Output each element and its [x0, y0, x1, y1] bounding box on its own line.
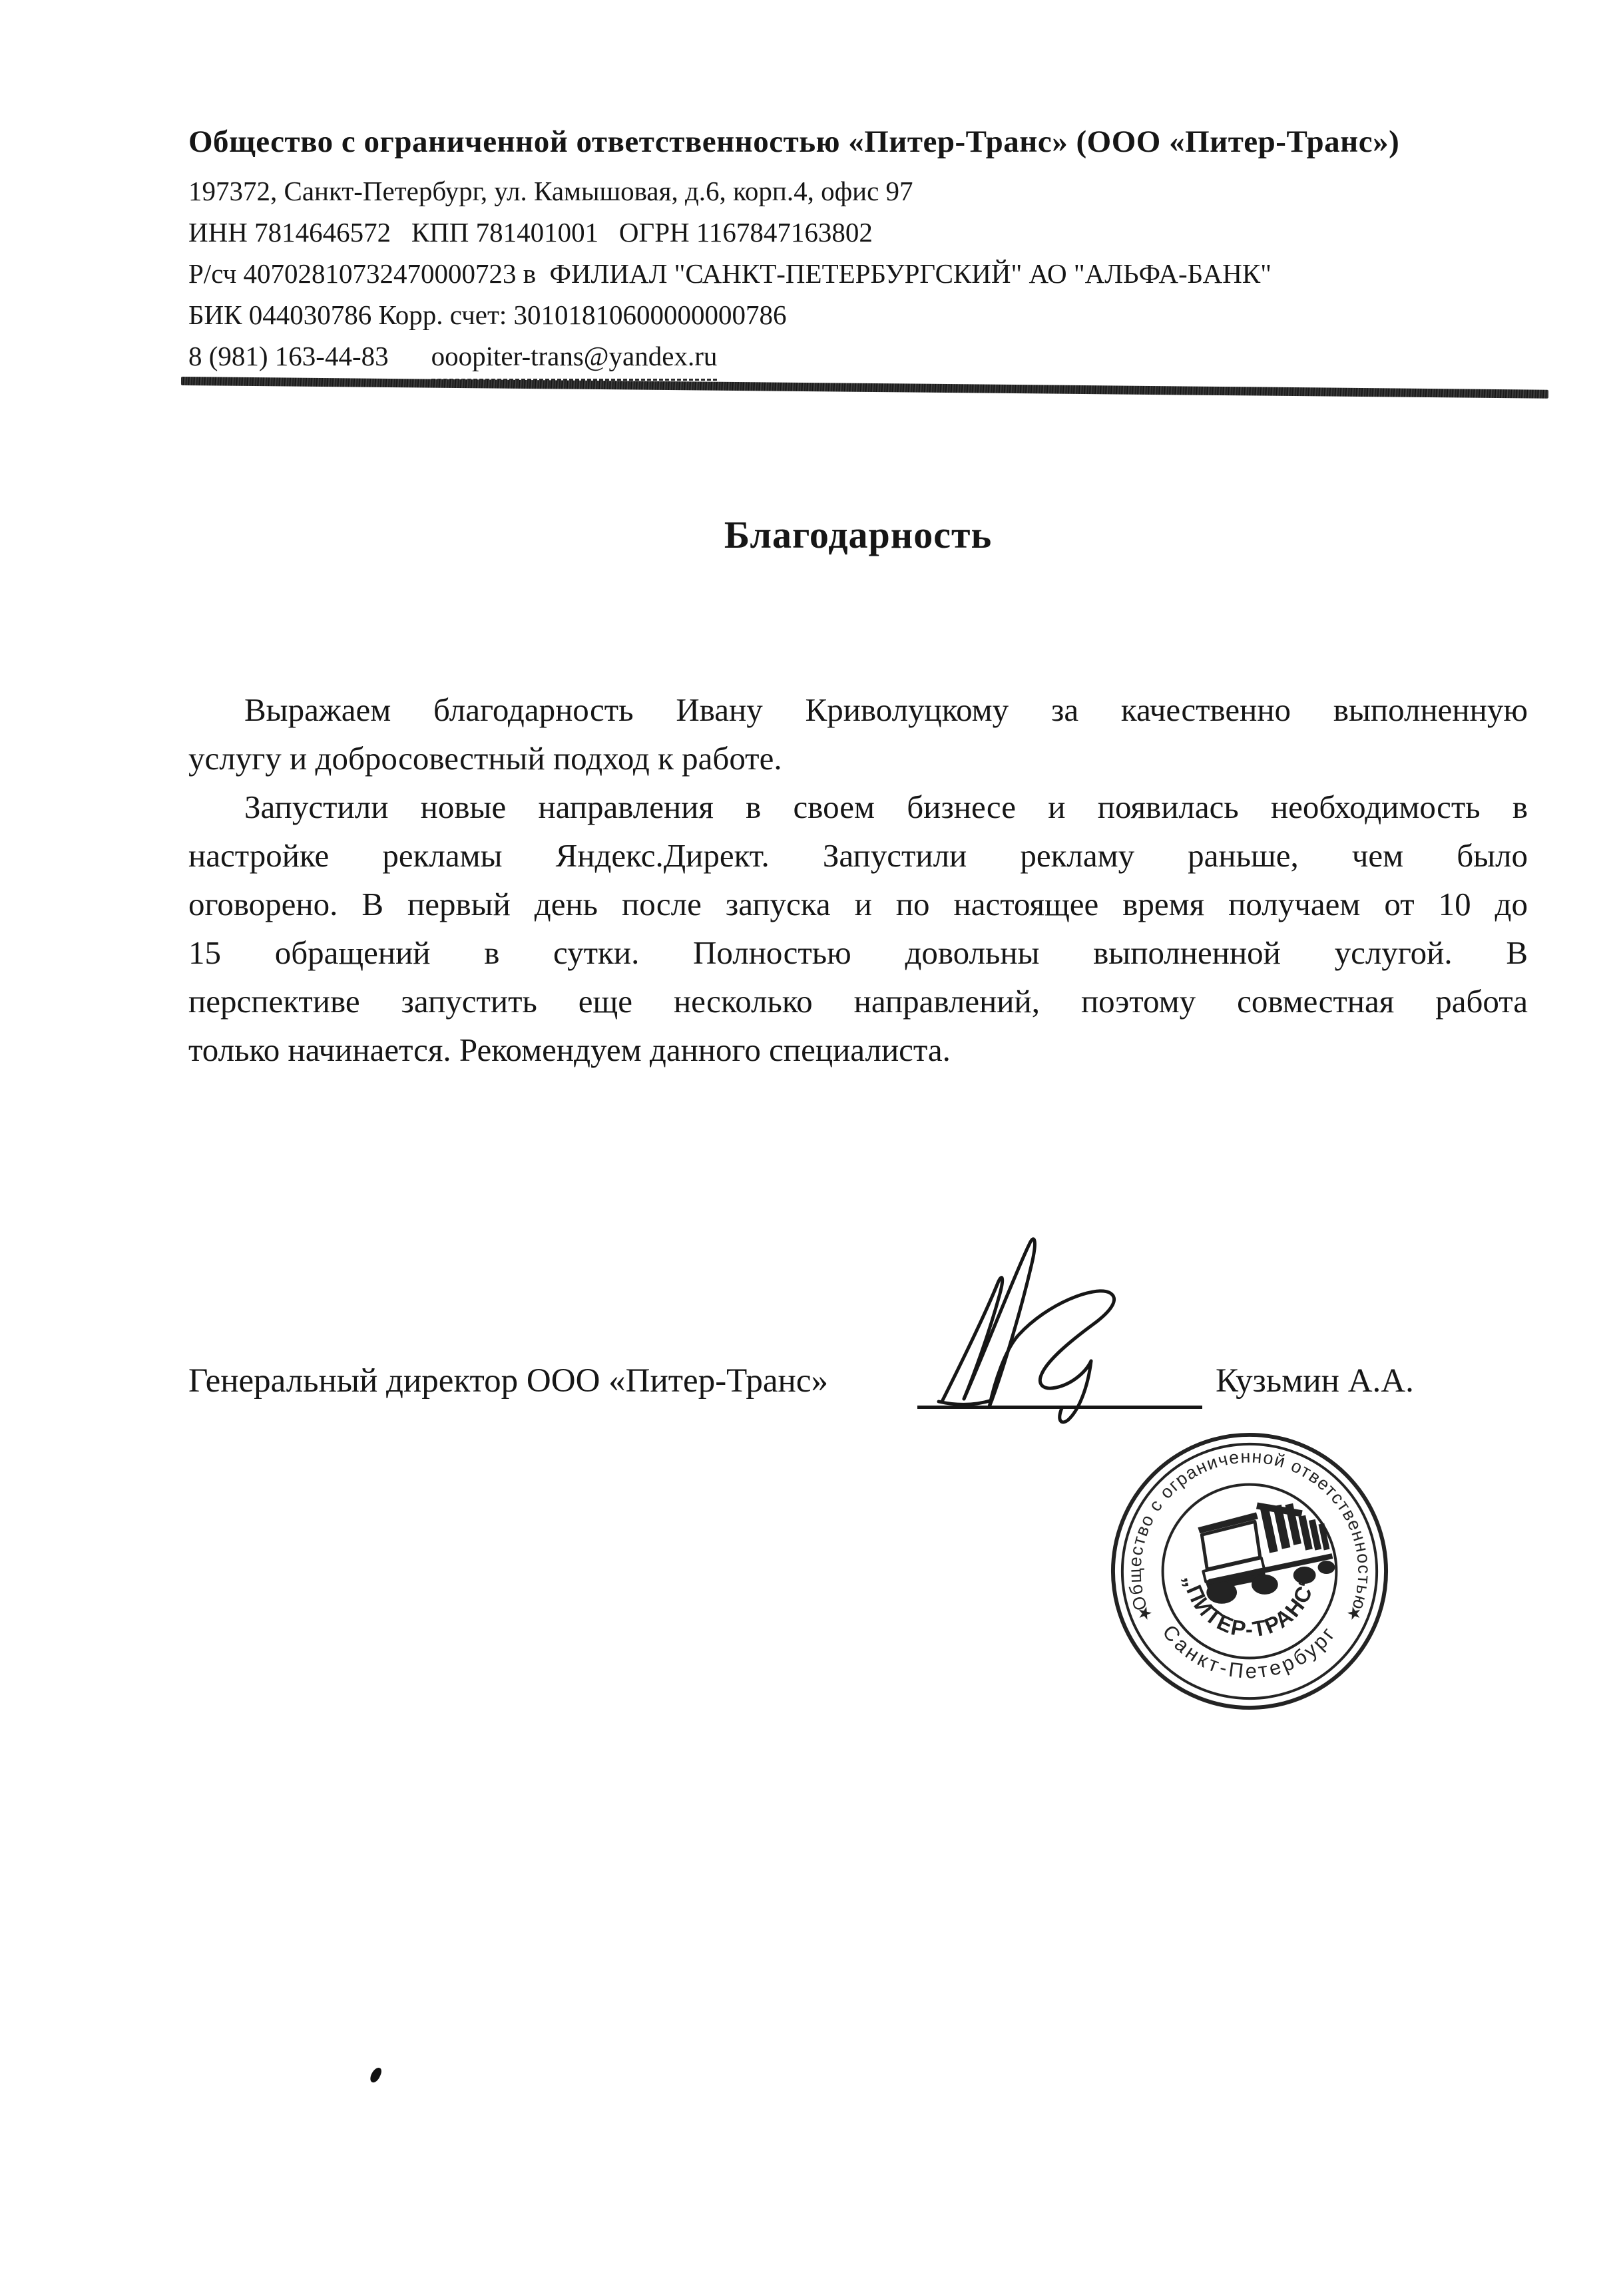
letterhead: Общество с ограниченной ответственностью…: [188, 124, 1573, 381]
paragraph-line: оговорено. В первый день после запуска и…: [188, 880, 1528, 928]
signature-role: Генеральный директор ООО «Питер-Транс»: [188, 1362, 828, 1400]
codes-line: ИНН 7814646572 КПП 781401001 ОГРН 116784…: [188, 212, 1573, 253]
handwritten-signature: [924, 1230, 1161, 1427]
paragraph-line: настройке рекламы Яндекс.Директ. Запусти…: [188, 831, 1528, 880]
company-stamp: Общество с ограниченной ответственностью…: [1104, 1426, 1395, 1717]
stamp-center-text: „ПИТЕР-ТРАНС“: [1180, 1573, 1320, 1641]
email-link[interactable]: ooopiter-trans@yandex.ru: [431, 335, 718, 381]
contact-line: 8 (981) 163-44-83 ooopiter-trans@yandex.…: [188, 335, 1573, 381]
ink-speck: [369, 2066, 383, 2084]
paragraph-line: услугу и добросовестный подход к работе.: [188, 734, 1528, 783]
bik-corr-line: БИК 044030786 Корр. счет: 30101810600000…: [188, 294, 1573, 335]
signature-stroke: [939, 1400, 992, 1404]
letter-body: Выражаем благодарность Ивану Криволуцком…: [188, 685, 1528, 1074]
signature-name: Кузьмин А.А.: [1216, 1362, 1414, 1400]
paragraph-line: 15 обращений в сутки. Полностью довольны…: [188, 928, 1528, 977]
paragraph-line: Запустили новые направления в своем бизн…: [188, 783, 1528, 831]
paragraph-line: только начинается. Рекомендуем данного с…: [188, 1026, 1528, 1074]
document-title: Благодарность: [188, 512, 1528, 557]
paragraph-line: Выражаем благодарность Ивану Криволуцком…: [188, 685, 1528, 734]
phone-number: 8 (981) 163-44-83: [188, 335, 389, 377]
company-name: Общество с ограниченной ответственностью…: [188, 124, 1573, 160]
signature-stroke: [989, 1291, 1114, 1407]
paragraph-line: перспективе запустить еще несколько напр…: [188, 977, 1528, 1026]
address-line: 197372, Санкт-Петербург, ул. Камышовая, …: [188, 170, 1573, 212]
signature-stroke: [964, 1239, 1035, 1407]
paragraph-2: Запустили новые направления в своем бизн…: [188, 783, 1528, 1074]
paragraph-1: Выражаем благодарность Ивану Криволуцком…: [188, 685, 1528, 783]
bank-account-line: Р/сч 40702810732470000723 в ФИЛИАЛ "САНК…: [188, 253, 1573, 294]
scanned-letter-page: Общество с ограниченной ответственностью…: [0, 0, 1623, 2296]
